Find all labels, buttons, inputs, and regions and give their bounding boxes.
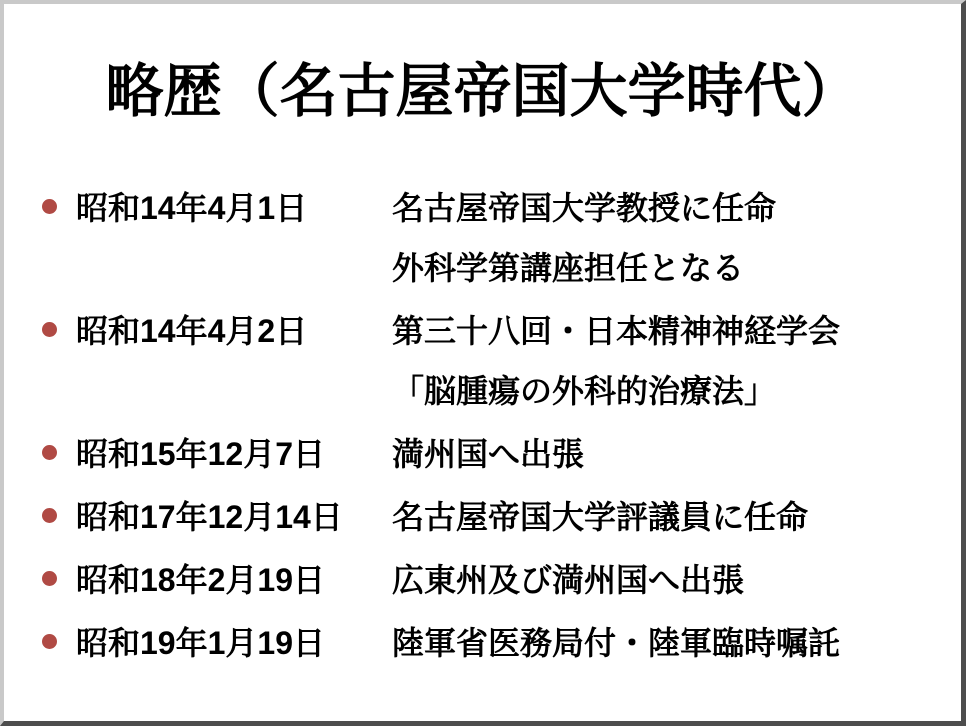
item-description: 陸軍省医務局付・陸軍臨時嘱託	[392, 618, 840, 664]
item-date: 昭和15年12月7日	[76, 429, 392, 475]
item-description: 第三十八回・日本精神神経学会	[392, 306, 840, 352]
bullet-icon	[42, 322, 57, 337]
bullet-icon	[42, 634, 57, 649]
list-item: 昭和15年12月7日 満州国へ出張	[42, 422, 951, 482]
item-description: 名古屋帝国大学評議員に任命	[392, 492, 808, 538]
list-item: 昭和17年12月14日 名古屋帝国大学評議員に任命	[42, 485, 951, 545]
item-description: 名古屋帝国大学教授に任命	[392, 183, 776, 229]
list-item-line: 「脳腫瘍の外科的治療法」	[42, 359, 951, 419]
list-item: 昭和18年2月19日 広東州及び満州国へ出張	[42, 548, 951, 608]
list-item-line: 昭和17年12月14日 名古屋帝国大学評議員に任命	[42, 485, 951, 545]
item-date: 昭和17年12月14日	[76, 492, 392, 538]
bullet-icon	[42, 571, 57, 586]
list-item-line: 昭和19年1月19日 陸軍省医務局付・陸軍臨時嘱託	[42, 611, 951, 671]
bullet-icon	[42, 445, 57, 460]
item-description: 広東州及び満州国へ出張	[392, 555, 744, 601]
bullet-list: 昭和14年4月1日 名古屋帝国大学教授に任命 外科学第講座担任となる 昭和14年…	[42, 176, 951, 674]
item-description: 満州国へ出張	[392, 429, 584, 475]
bullet-icon	[42, 508, 57, 523]
bullet-icon	[42, 199, 57, 214]
list-item-line: 昭和18年2月19日 広東州及び満州国へ出張	[42, 548, 951, 608]
item-description: 「脳腫瘍の外科的治療法」	[392, 366, 776, 412]
item-date: 昭和14年4月2日	[76, 306, 392, 352]
item-date: 昭和18年2月19日	[76, 555, 392, 601]
item-date: 昭和19年1月19日	[76, 618, 392, 664]
list-item-line: 昭和15年12月7日 満州国へ出張	[42, 422, 951, 482]
slide-title: 略歴（名古屋帝国大学時代）	[4, 44, 961, 128]
list-item: 昭和14年4月1日 名古屋帝国大学教授に任命 外科学第講座担任となる	[42, 176, 951, 296]
list-item-line: 昭和14年4月2日 第三十八回・日本精神神経学会	[42, 299, 951, 359]
list-item-line: 昭和14年4月1日 名古屋帝国大学教授に任命	[42, 176, 951, 236]
item-description: 外科学第講座担任となる	[392, 243, 744, 289]
list-item: 昭和19年1月19日 陸軍省医務局付・陸軍臨時嘱託	[42, 611, 951, 671]
list-item-line: 外科学第講座担任となる	[42, 236, 951, 296]
list-item: 昭和14年4月2日 第三十八回・日本精神神経学会 「脳腫瘍の外科的治療法」	[42, 299, 951, 419]
item-date: 昭和14年4月1日	[76, 183, 392, 229]
slide: 略歴（名古屋帝国大学時代） 昭和14年4月1日 名古屋帝国大学教授に任命 外科学…	[0, 0, 966, 726]
